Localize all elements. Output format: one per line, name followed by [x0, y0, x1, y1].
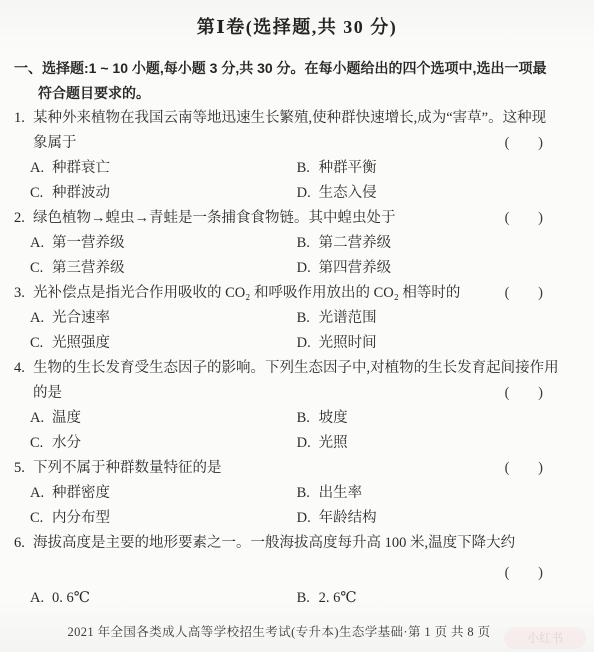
question-text: 某种外来植物在我国云南等地迅速生长繁殖,使种群快速增长,成为“害草”。这种现 — [33, 110, 546, 126]
answer-bracket: ( ) — [505, 206, 544, 231]
question-number: 6. — [14, 531, 33, 556]
question-number: 2. — [14, 206, 33, 231]
answer-bracket: ( ) — [505, 281, 544, 306]
watermark-badge: 小红书 — [504, 627, 586, 649]
question-number: 4. — [14, 356, 33, 381]
answer-bracket: ( ) — [505, 381, 544, 406]
option-b: B.种群平衡 — [297, 156, 377, 181]
option-c: C.种群波动 — [30, 181, 293, 206]
option-b: B.坡度 — [297, 406, 348, 431]
option-d: D.生态入侵 — [297, 181, 377, 206]
answer-bracket: ( ) — [505, 131, 544, 156]
option-b: B.第二营养级 — [297, 231, 392, 256]
question-1: 1.某种外来植物在我国云南等地迅速生长繁殖,使种群快速增长,成为“害草”。这种现… — [14, 106, 544, 206]
question-number: 3. — [14, 281, 33, 306]
question-text-continued: 的是 — [33, 385, 62, 401]
exam-paper-page: 第Ⅰ卷(选择题,共 30 分) 一、选择题:1 ~ 10 小题,每小题 3 分,… — [0, 0, 594, 652]
option-a: A.温度 — [30, 406, 293, 431]
option-a: A.种群密度 — [30, 481, 293, 506]
option-d: D.光照时间 — [297, 331, 377, 356]
option-c: C.水分 — [30, 431, 293, 456]
question-text-continued: 象属于 — [33, 135, 77, 151]
exam-content: 一、选择题:1 ~ 10 小题,每小题 3 分,共 30 分。在每小题给出的四个… — [14, 56, 544, 640]
option-b: B.2. 6℃ — [297, 586, 357, 611]
question-text: 生物的生长发育受生态因子的影响。下列生态因子中,对植物的生长发育起间接作用 — [33, 360, 559, 376]
option-c: C.内分布型 — [30, 506, 293, 531]
answer-bracket: ( ) — [505, 456, 544, 481]
question-text: 光补偿点是指光合作用吸收的 CO₂ 和呼吸作用放出的 CO₂ 相等时的 — [33, 285, 460, 301]
section-intro-line1: 一、选择题:1 ~ 10 小题,每小题 3 分,共 30 分。在每小题给出的四个… — [14, 56, 544, 81]
question-number: 1. — [14, 106, 33, 131]
option-a: A.光合速率 — [30, 306, 293, 331]
question-text: 下列不属于种群数量特征的是 — [33, 460, 222, 476]
option-b: B.出生率 — [297, 481, 363, 506]
question-5: 5.下列不属于种群数量特征的是 ( ) A.种群密度 B.出生率 C.内分布型 … — [14, 456, 544, 531]
section-intro-line2: 符合题目要求的。 — [14, 81, 544, 106]
option-a: A.种群衰亡 — [30, 156, 293, 181]
question-3: 3.光补偿点是指光合作用吸收的 CO₂ 和呼吸作用放出的 CO₂ 相等时的 ( … — [14, 281, 544, 356]
question-text: 绿色植物→蝗虫→青蛙是一条捕食食物链。其中蝗虫处于 — [33, 210, 396, 226]
question-text: 海拔高度是主要的地形要素之一。一般海拔高度每升高 100 米,温度下降大约 — [33, 535, 515, 551]
option-a: A.第一营养级 — [30, 231, 293, 256]
question-number: 5. — [14, 456, 33, 481]
page-footer: 2021 年全国各类成人高等学校招生考试(专升本)生态学基础·第 1 页 共 8… — [14, 622, 544, 640]
option-a: A.0. 6℃ — [30, 586, 293, 611]
option-c: C.第三营养级 — [30, 256, 293, 281]
question-6: 6.海拔高度是主要的地形要素之一。一般海拔高度每升高 100 米,温度下降大约 … — [14, 531, 544, 611]
option-d: D.光照 — [297, 431, 348, 456]
option-c: C.光照强度 — [30, 331, 293, 356]
option-d: D.第四营养级 — [297, 256, 392, 281]
option-b: B.光谱范围 — [297, 306, 377, 331]
question-2: 2.绿色植物→蝗虫→青蛙是一条捕食食物链。其中蝗虫处于 ( ) A.第一营养级 … — [14, 206, 544, 281]
question-4: 4.生物的生长发育受生态因子的影响。下列生态因子中,对植物的生长发育起间接作用 … — [14, 356, 544, 456]
page-title: 第Ⅰ卷(选择题,共 30 分) — [0, 0, 594, 39]
option-d: D.年龄结构 — [297, 506, 377, 531]
answer-bracket: ( ) — [505, 556, 544, 590]
